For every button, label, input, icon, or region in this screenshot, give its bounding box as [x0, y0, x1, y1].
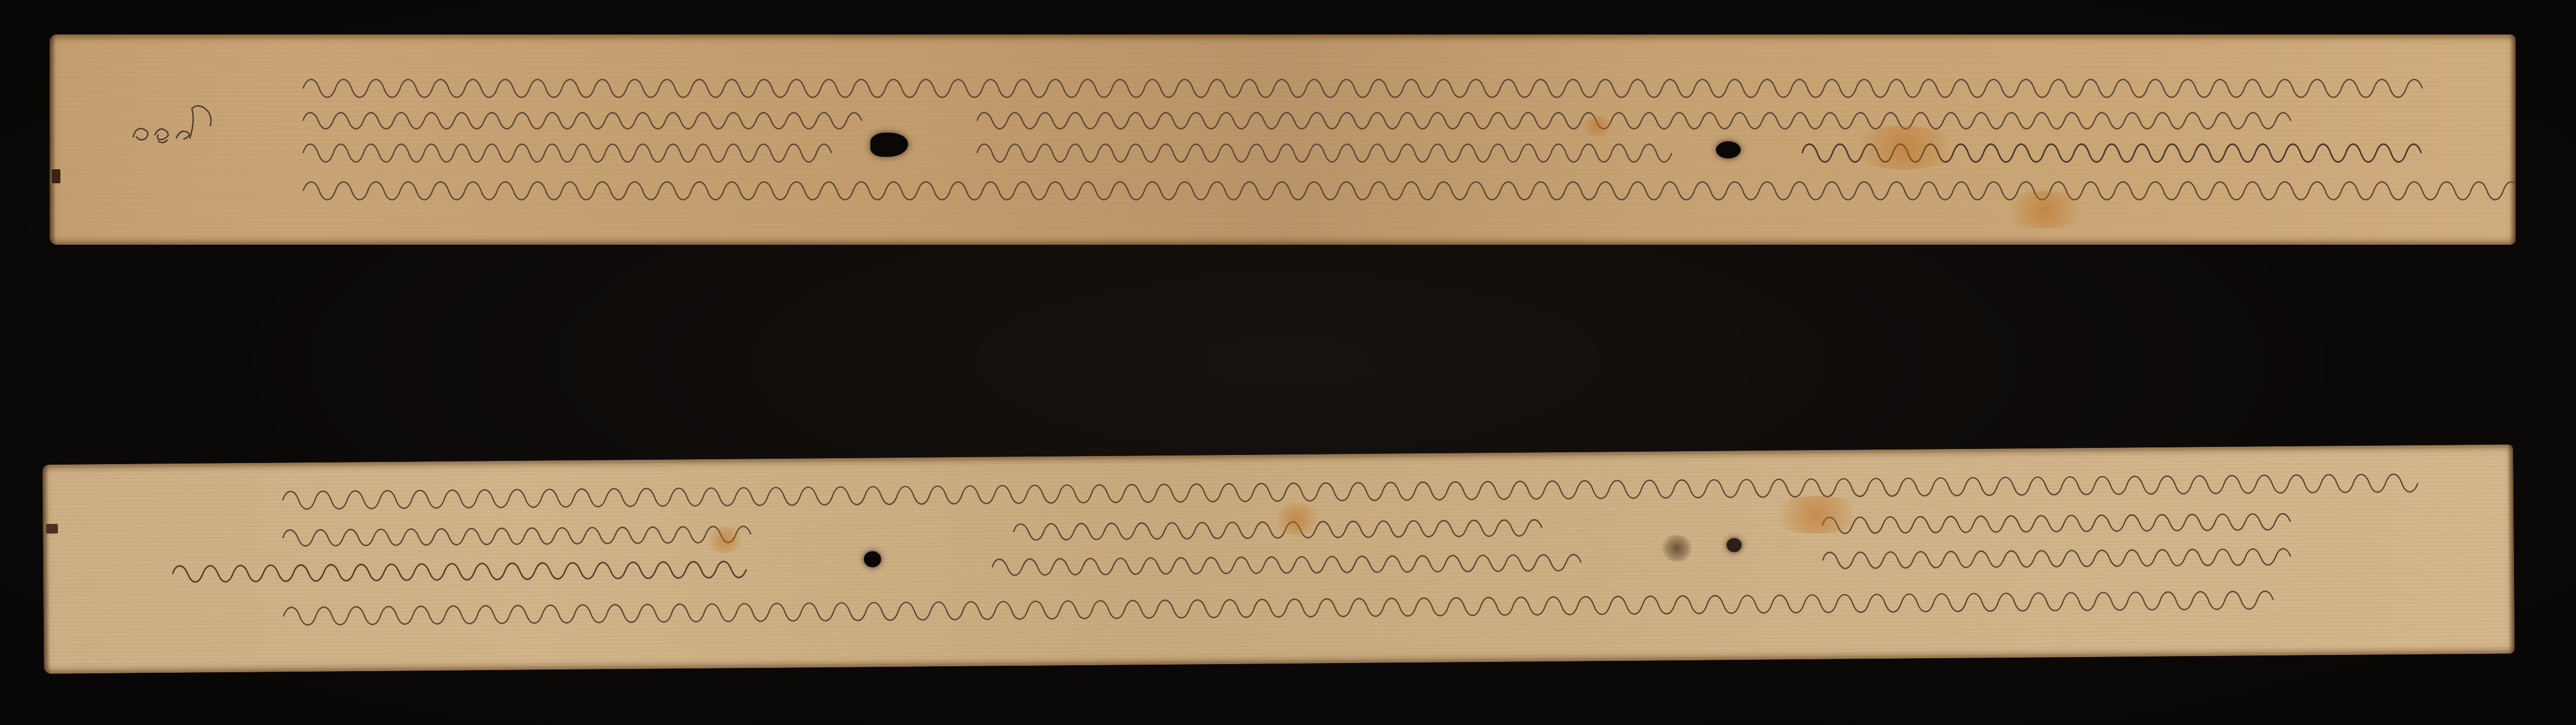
handwritten-script: [173, 548, 755, 590]
handwritten-script: [1823, 535, 2298, 577]
script-line-1: [303, 64, 2422, 102]
handwritten-script: [977, 132, 1678, 169]
rust-stain: [706, 526, 744, 554]
script-line-3c: [1823, 535, 2298, 577]
string-hole-right: [1716, 141, 1741, 158]
script-line-3b: [977, 132, 1678, 169]
handwritten-script: [303, 132, 869, 169]
margin-binding-mark: [52, 169, 60, 183]
string-hole-left: [864, 551, 881, 567]
handwritten-script: [992, 541, 1586, 584]
margin-binding-mark: [46, 524, 58, 534]
rust-stain: [1581, 115, 1613, 137]
leaf-edge-right: [2506, 444, 2515, 653]
folio-marker-glyphs: [130, 99, 228, 148]
string-hole-left: [870, 133, 908, 157]
script-line-4: [303, 169, 2422, 207]
rust-stain: [1845, 126, 1964, 169]
palm-leaf-top: Upper palm-leaf folio Folio marker (Burm…: [50, 34, 2516, 245]
string-hole-right: [1727, 538, 1742, 552]
handwritten-script: [303, 64, 2422, 102]
script-line-3b: [992, 541, 1586, 584]
handwritten-script: [303, 169, 2422, 207]
palm-leaf-bottom: Lower palm-leaf folio: [42, 444, 2515, 674]
leaf-edge-right: [2509, 34, 2516, 245]
script-line-3a: [173, 548, 755, 590]
hole-smudge: [1661, 535, 1693, 562]
folio-marker: Folio marker (Burmese numeral-letters) i…: [130, 99, 228, 148]
script-line-3a: [303, 132, 869, 169]
leaf-edge-left: [42, 465, 50, 674]
rust-stain: [2002, 191, 2088, 229]
leaf-edge-left: [50, 34, 56, 245]
